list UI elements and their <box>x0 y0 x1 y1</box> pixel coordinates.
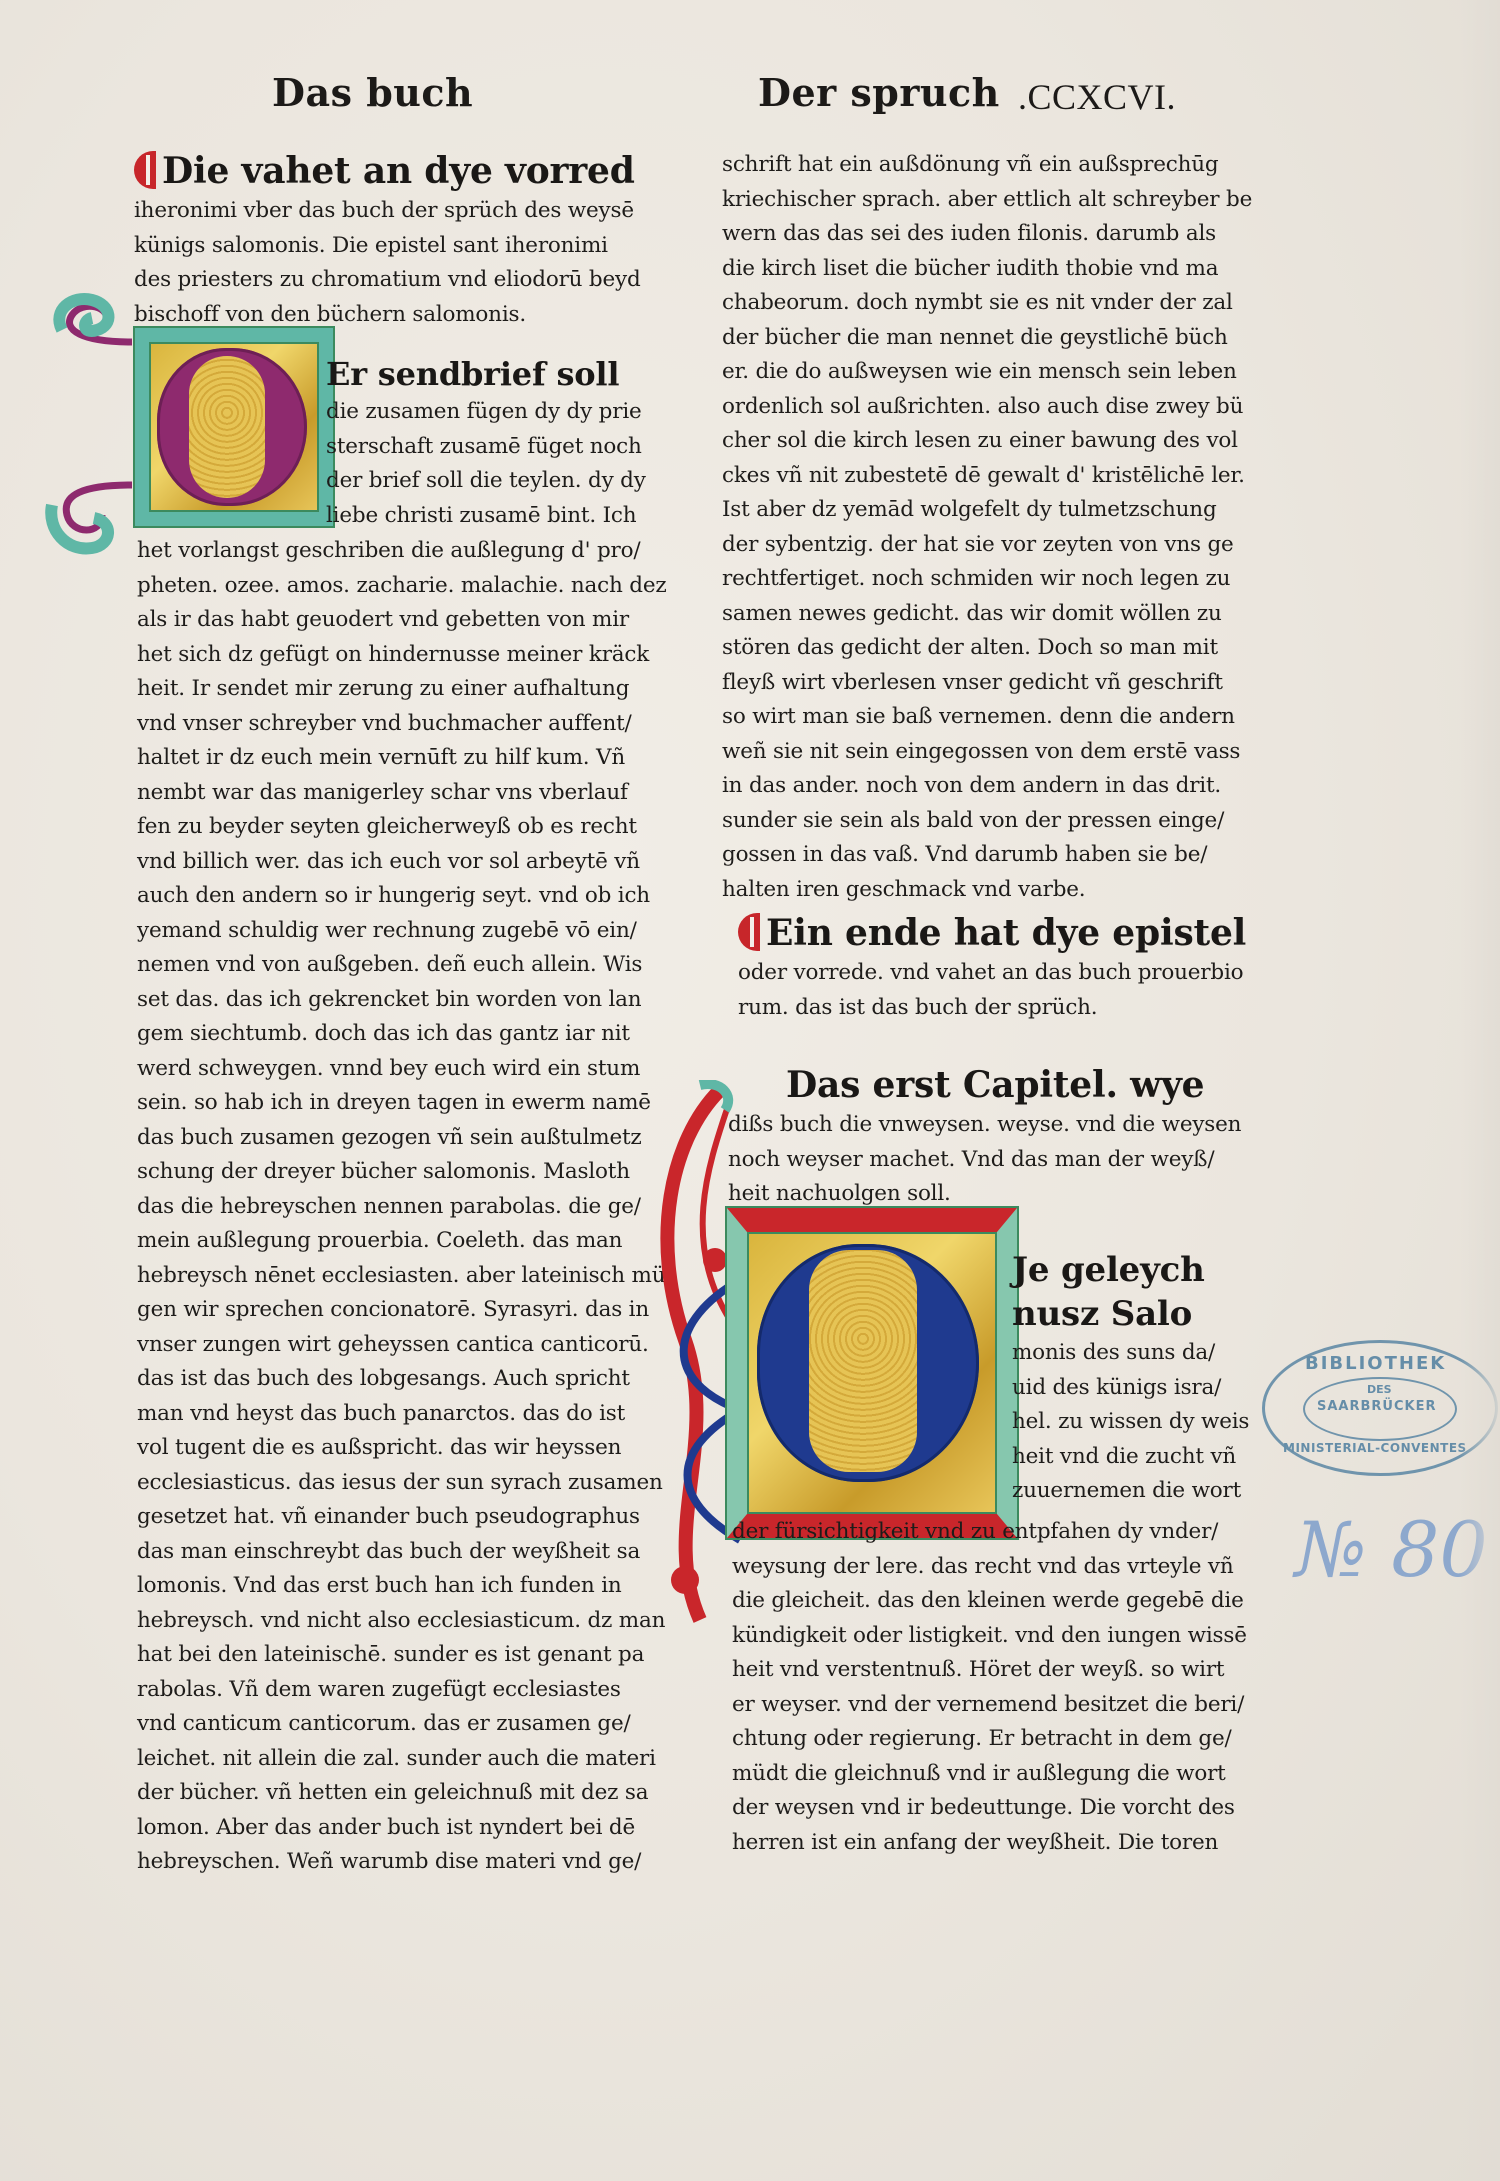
text-line: so wirt man sie baß vernemen. denn die a… <box>722 700 1242 735</box>
text-line: Ist aber dz yemād wolgefelt dy tulmetzsc… <box>722 493 1242 528</box>
text-line: chabeorum. doch nymbt sie es nit vnder d… <box>722 286 1242 321</box>
text-line: ecclesiasticus. das iesus der sun syrach… <box>137 1466 652 1501</box>
text-line: hat bei den lateinischē. sunder es ist g… <box>137 1638 652 1673</box>
shelfmark: № 80 <box>1295 1505 1488 1594</box>
text-line: mein außlegung prouerbia. Coeleth. das m… <box>137 1224 652 1259</box>
text-line: vnd canticum canticorum. das er zusamen … <box>137 1707 652 1742</box>
text-line: rabolas. Vñ dem waren zugefügt ecclesias… <box>137 1673 652 1708</box>
text-line: das man einschreybt das buch der weyßhei… <box>137 1535 652 1570</box>
text-line: der sybentzig. der hat sie vor zeyten vo… <box>722 528 1242 563</box>
running-head-left: Das buch <box>272 70 473 115</box>
text-line: uid des künigs isra/ <box>1012 1371 1252 1406</box>
initial-gold-counter <box>189 356 265 498</box>
incunable-page: Das buch Der spruch .CCXCVI. Die vahet a… <box>0 0 1500 2181</box>
text-line: herren ist ein anfang der weyßheit. Die … <box>732 1826 1252 1861</box>
text-line: gem siechtumb. doch das ich das gantz ia… <box>137 1017 652 1052</box>
text-line: zuuernemen die wort <box>1012 1474 1252 1509</box>
text-line: der bücher. vñ hetten ein geleichnuß mit… <box>137 1776 652 1811</box>
text-line: yemand schuldig wer rechnung zugebē vō e… <box>137 914 652 949</box>
text-line: nembt war das manigerley schar vns vberl… <box>137 776 652 811</box>
text-line: in das ander. noch von dem andern in das… <box>722 769 1242 804</box>
text-line: lomonis. Vnd das erst buch han ich funde… <box>137 1569 652 1604</box>
text-line: noch weyser machet. Vnd das man der weyß… <box>728 1143 1248 1178</box>
preface-heading: Die vahet an dye vorred <box>134 148 644 194</box>
text-line: hebreyschen. Weñ warumb dise materi vnd … <box>137 1845 652 1880</box>
text-line: er. die do außweysen wie ein mensch sein… <box>722 355 1242 390</box>
text-line: als ir das habt geuodert vnd gebetten vo… <box>137 603 652 638</box>
text-line: hebreysch. vnd nicht also ecclesiasticum… <box>137 1604 652 1639</box>
text-line: man vnd heyst das buch panarctos. das do… <box>137 1397 652 1432</box>
text-line: het sich dz gefügt on hindernusse meiner… <box>137 638 652 673</box>
text-line: der bücher die man nennet die geystlichē… <box>722 321 1242 356</box>
text-line: samen newes gedicht. das wir domit wölle… <box>722 597 1242 632</box>
illuminated-initial-d-blue <box>727 1208 1017 1538</box>
text-line: cher sol die kirch lesen zu einer bawung… <box>722 424 1242 459</box>
text-line: sein. so hab ich in dreyen tagen in ewer… <box>137 1086 652 1121</box>
text-line: vnd billich wer. das ich euch vor sol ar… <box>137 845 652 880</box>
text-line: künigs salomonis. Die epistel sant ihero… <box>134 229 644 264</box>
text-line: chtung oder regierung. Er betracht in de… <box>732 1722 1252 1757</box>
text-line: liebe christi zusamē bint. Ich <box>326 499 646 534</box>
text-line: sunder sie sein als bald von der pressen… <box>722 804 1242 839</box>
text-line: auch den andern so ir hungerig seyt. vnd… <box>137 879 652 914</box>
text-line: lomon. Aber das ander buch ist nyndert b… <box>137 1811 652 1846</box>
text-line: müdt die gleichnuß vnd ir außlegung die … <box>732 1757 1252 1792</box>
chapter-section: Das erst Capitel. wye dißs buch die vnwe… <box>728 1062 1248 1212</box>
text-line: wern das das sei des iuden filonis. daru… <box>722 217 1242 252</box>
text-line: rum. das ist das buch der sprüch. <box>738 991 1258 1026</box>
text-line: das buch zusamen gezogen vñ sein außtulm… <box>137 1121 652 1156</box>
text-line: heit nachuolgen soll. <box>728 1177 1248 1212</box>
text-line: die zusamen fügen dy dy prie <box>326 395 646 430</box>
text-line: das die hebreyschen nennen parabolas. di… <box>137 1190 652 1225</box>
right-column-top: schrift hat ein außdönung vñ ein außspre… <box>722 148 1242 907</box>
text-line: schung der dreyer bücher salomonis. Masl… <box>137 1155 652 1190</box>
text-line: haltet ir dz euch mein vernūft zu hilf k… <box>137 741 652 776</box>
stamp-middle-text-2: SAARBRÜCKER <box>1317 1399 1436 1414</box>
text-line: heit vnd verstentnuß. Höret der weyß. so… <box>732 1653 1252 1688</box>
text-line: kriechischer sprach. aber ettlich alt sc… <box>722 183 1242 218</box>
text-line: gen wir sprechen concionatorē. Syrasyri.… <box>137 1293 652 1328</box>
text-line: bischoff von den büchern salomonis. <box>134 298 644 333</box>
text-line: der fürsichtigkeit vnd zu entpfahen dy v… <box>732 1515 1252 1550</box>
text-line: nemen vnd von außgeben. deñ euch allein.… <box>137 948 652 983</box>
text-line: des priesters zu chromatium vnd eliodorū… <box>134 263 644 298</box>
text-line: werd schweygen. vnnd bey euch wird ein s… <box>137 1052 652 1087</box>
epistle-end-section: Ein ende hat dye epistel oder vorrede. v… <box>738 910 1258 1025</box>
stamp-bottom-text: MINISTERIAL-CONVENTES <box>1283 1441 1467 1455</box>
text-line: stören das gedicht der alten. Doch so ma… <box>722 631 1242 666</box>
chapter-heading: Das erst Capitel. wye <box>728 1062 1248 1108</box>
text-line: schrift hat ein außdönung vñ ein außspre… <box>722 148 1242 183</box>
text-line: ordenlich sol außrichten. also auch dise… <box>722 390 1242 425</box>
text-line: der weysen vnd ir bedeuttunge. Die vorch… <box>732 1791 1252 1826</box>
text-line: das ist das buch des lobgesangs. Auch sp… <box>137 1362 652 1397</box>
initial-gold-counter <box>809 1250 917 1472</box>
folio-number: .CCXCVI. <box>1018 76 1176 118</box>
text-line: er weyser. vnd der vernemend besitzet di… <box>732 1688 1252 1723</box>
initial-heading-line-2: nusz Salo <box>1012 1292 1252 1336</box>
right-column-bottom: der fürsichtigkeit vnd zu entpfahen dy v… <box>732 1515 1252 1860</box>
text-line: hel. zu wissen dy weis <box>1012 1405 1252 1440</box>
illuminated-initial-d-purple <box>135 328 333 526</box>
text-line: set das. das ich gekrencket bin worden v… <box>137 983 652 1018</box>
text-line: die gleicheit. das den kleinen werde geg… <box>732 1584 1252 1619</box>
text-line: die kirch liset die bücher iudith thobie… <box>722 252 1242 287</box>
stamp-middle-text-1: DES <box>1367 1383 1392 1396</box>
text-line: oder vorrede. vnd vahet an das buch prou… <box>738 956 1258 991</box>
text-line: vnser zungen wirt geheyssen cantica cant… <box>137 1328 652 1363</box>
text-line: het vorlangst geschriben die außlegung d… <box>137 534 652 569</box>
text-line: gesetzet hat. vñ einander buch pseudogra… <box>137 1500 652 1535</box>
text-line: heit. Ir sendet mir zerung zu einer aufh… <box>137 672 652 707</box>
text-line: weñ sie nit sein eingegossen von dem ers… <box>722 735 1242 770</box>
text-line: der brief soll die teylen. dy dy <box>326 464 646 499</box>
initial-heading: Er sendbrief soll <box>326 353 646 395</box>
text-line: weysung der lere. das recht vnd das vrte… <box>732 1550 1252 1585</box>
text-line: vol tugent die es außspricht. das wir he… <box>137 1431 652 1466</box>
initial-heading-line-1: Je geleych <box>1012 1248 1252 1292</box>
text-line: rechtfertiget. noch schmiden wir noch le… <box>722 562 1242 597</box>
left-column-initial-block: Er sendbrief soll die zusamen fügen dy d… <box>326 353 646 533</box>
text-line: halten iren geschmack vnd varbe. <box>722 873 1242 908</box>
text-line: sterschaft zusamē füget noch <box>326 430 646 465</box>
paragraph-mark-icon <box>134 151 156 189</box>
paragraph-mark-icon <box>738 913 760 951</box>
epistle-end-heading: Ein ende hat dye epistel <box>738 910 1258 956</box>
text-line: hebreysch nēnet ecclesiasten. aber latei… <box>137 1259 652 1294</box>
chapter-initial-block: Je geleych nusz Salo monis des suns da/ … <box>1012 1248 1252 1509</box>
text-line: ckes vñ nit zubestetē dē gewalt d' krist… <box>722 459 1242 494</box>
running-head-right: Der spruch <box>758 70 1000 115</box>
text-line: leichet. nit allein die zal. sunder auch… <box>137 1742 652 1777</box>
text-line: kündigkeit oder listigkeit. vnd den iung… <box>732 1619 1252 1654</box>
text-line: iheronimi vber das buch der sprüch des w… <box>134 194 644 229</box>
text-line: dißs buch die vnweysen. weyse. vnd die w… <box>728 1108 1248 1143</box>
stamp-top-text: BIBLIOTHEK <box>1305 1353 1446 1374</box>
text-line: fleyß wirt vberlesen vnser gedicht vñ ge… <box>722 666 1242 701</box>
left-column-body: het vorlangst geschriben die außlegung d… <box>137 534 652 1880</box>
text-line: pheten. ozee. amos. zacharie. malachie. … <box>137 569 652 604</box>
text-line: fen zu beyder seyten gleicherweyß ob es … <box>137 810 652 845</box>
text-line: monis des suns da/ <box>1012 1336 1252 1371</box>
text-line: vnd vnser schreyber vnd buchmacher auffe… <box>137 707 652 742</box>
text-line: gossen in das vaß. Vnd darumb haben sie … <box>722 838 1242 873</box>
margin-flourish-icon <box>42 290 142 560</box>
text-line: heit vnd die zucht vñ <box>1012 1440 1252 1475</box>
left-column: Die vahet an dye vorred iheronimi vber d… <box>134 148 644 332</box>
library-stamp: BIBLIOTHEK DES SAARBRÜCKER MINISTERIAL-C… <box>1262 1340 1498 1476</box>
